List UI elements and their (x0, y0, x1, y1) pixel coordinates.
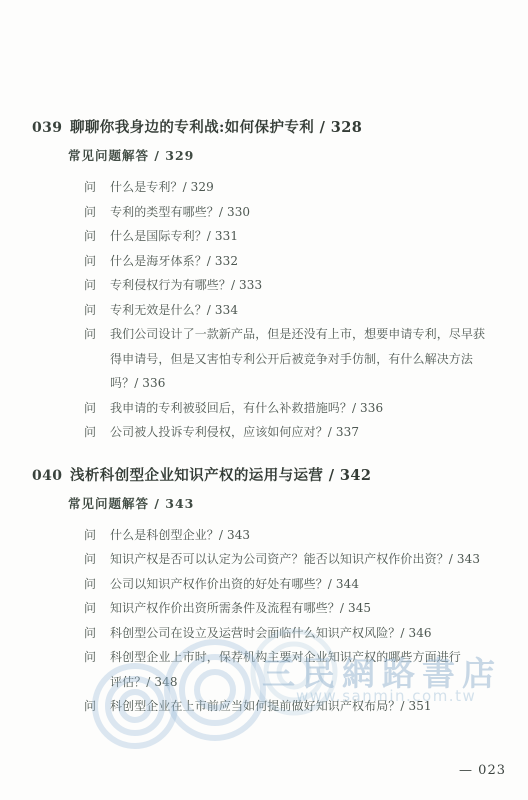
question-marker: 问 (84, 572, 110, 597)
question-marker: 问 (84, 523, 110, 548)
toc-question: 问 专利无效是什么？/ 334 (84, 298, 494, 323)
question-text: 什么是国际专利？/ 331 (110, 224, 494, 249)
toc-section-039: 039 聊聊你我身边的专利战:如何保护专利 / 328 常见问题解答 / 329… (32, 118, 494, 445)
question-text: 知识产权是否可以认定为公司资产？能否以知识产权作价出资？/ 343 (110, 547, 494, 572)
question-text: 专利无效是什么？/ 334 (110, 298, 494, 323)
section-number: 039 (32, 118, 70, 138)
section-heading: 039 聊聊你我身边的专利战:如何保护专利 / 328 (32, 118, 494, 138)
page-number: — 023 (459, 763, 506, 778)
question-marker: 问 (84, 694, 110, 719)
faq-label: 常见问题解答 / 329 (68, 146, 494, 166)
toc-question: 问 专利的类型有哪些？/ 330 (84, 200, 494, 225)
question-marker: 问 (84, 621, 110, 646)
question-text: 我申请的专利被驳回后，有什么补救措施吗？/ 336 (110, 396, 494, 421)
toc-question: 问 什么是国际专利？/ 331 (84, 224, 494, 249)
question-text: 公司被人投诉专利侵权，应该如何应对？/ 337 (110, 420, 494, 445)
question-text: 专利的类型有哪些？/ 330 (110, 200, 494, 225)
question-text: 专利侵权行为有哪些？/ 333 (110, 273, 494, 298)
toc-question: 问 科创型企业在上市前应当如何提前做好知识产权布局？/ 351 (84, 694, 494, 719)
question-list: 问 什么是专利？/ 329 问 专利的类型有哪些？/ 330 问 什么是国际专利… (84, 175, 494, 445)
question-text: 什么是专利？/ 329 (110, 175, 494, 200)
toc-question: 问 科创型公司在设立及运营时会面临什么知识产权风险？/ 346 (84, 621, 494, 646)
question-marker: 问 (84, 200, 110, 225)
toc-question: 问 什么是海牙体系？/ 332 (84, 249, 494, 274)
question-text: 我们公司设计了一款新产品，但是还没有上市，想要申请专利，尽早获 得申请号，但是又… (110, 322, 494, 396)
toc-question: 问 知识产权是否可以认定为公司资产？能否以知识产权作价出资？/ 343 (84, 547, 494, 572)
question-marker: 问 (84, 396, 110, 421)
book-toc-page: 039 聊聊你我身边的专利战:如何保护专利 / 328 常见问题解答 / 329… (0, 0, 528, 800)
question-marker: 问 (84, 273, 110, 298)
toc-section-040: 040 浅析科创型企业知识产权的运用与运营 / 342 常见问题解答 / 343… (32, 466, 494, 719)
question-marker: 问 (84, 596, 110, 621)
toc-content: 039 聊聊你我身边的专利战:如何保护专利 / 328 常见问题解答 / 329… (32, 118, 494, 719)
question-text: 科创型企业上市时，保荐机构主要对企业知识产权的哪些方面进行 评估？/ 348 (110, 645, 494, 694)
section-title: 聊聊你我身边的专利战:如何保护专利 / 328 (70, 118, 494, 138)
question-text: 科创型企业在上市前应当如何提前做好知识产权布局？/ 351 (110, 694, 494, 719)
toc-question: 问 什么是科创型企业？/ 343 (84, 523, 494, 548)
question-marker: 问 (84, 420, 110, 445)
toc-question: 问 什么是专利？/ 329 (84, 175, 494, 200)
question-list: 问 什么是科创型企业？/ 343 问 知识产权是否可以认定为公司资产？能否以知识… (84, 523, 494, 719)
section-title: 浅析科创型企业知识产权的运用与运营 / 342 (70, 466, 494, 486)
toc-question: 问 公司被人投诉专利侵权，应该如何应对？/ 337 (84, 420, 494, 445)
question-text: 知识产权作价出资所需条件及流程有哪些？/ 345 (110, 596, 494, 621)
toc-question: 问 我申请的专利被驳回后，有什么补救措施吗？/ 336 (84, 396, 494, 421)
toc-question: 问 我们公司设计了一款新产品，但是还没有上市，想要申请专利，尽早获 得申请号，但… (84, 322, 494, 396)
question-marker: 问 (84, 298, 110, 323)
question-text: 科创型公司在设立及运营时会面临什么知识产权风险？/ 346 (110, 621, 494, 646)
section-heading: 040 浅析科创型企业知识产权的运用与运营 / 342 (32, 466, 494, 486)
question-text: 什么是科创型企业？/ 343 (110, 523, 494, 548)
question-marker: 问 (84, 224, 110, 249)
toc-question: 问 知识产权作价出资所需条件及流程有哪些？/ 345 (84, 596, 494, 621)
question-marker: 问 (84, 175, 110, 200)
question-marker: 问 (84, 322, 110, 347)
question-text: 公司以知识产权作价出资的好处有哪些？/ 344 (110, 572, 494, 597)
toc-question: 问 公司以知识产权作价出资的好处有哪些？/ 344 (84, 572, 494, 597)
toc-question: 问 专利侵权行为有哪些？/ 333 (84, 273, 494, 298)
section-number: 040 (32, 466, 70, 486)
question-marker: 问 (84, 645, 110, 670)
question-marker: 问 (84, 547, 110, 572)
question-marker: 问 (84, 249, 110, 274)
question-text: 什么是海牙体系？/ 332 (110, 249, 494, 274)
faq-label: 常见问题解答 / 343 (68, 494, 494, 514)
toc-question: 问 科创型企业上市时，保荐机构主要对企业知识产权的哪些方面进行 评估？/ 348 (84, 645, 494, 694)
